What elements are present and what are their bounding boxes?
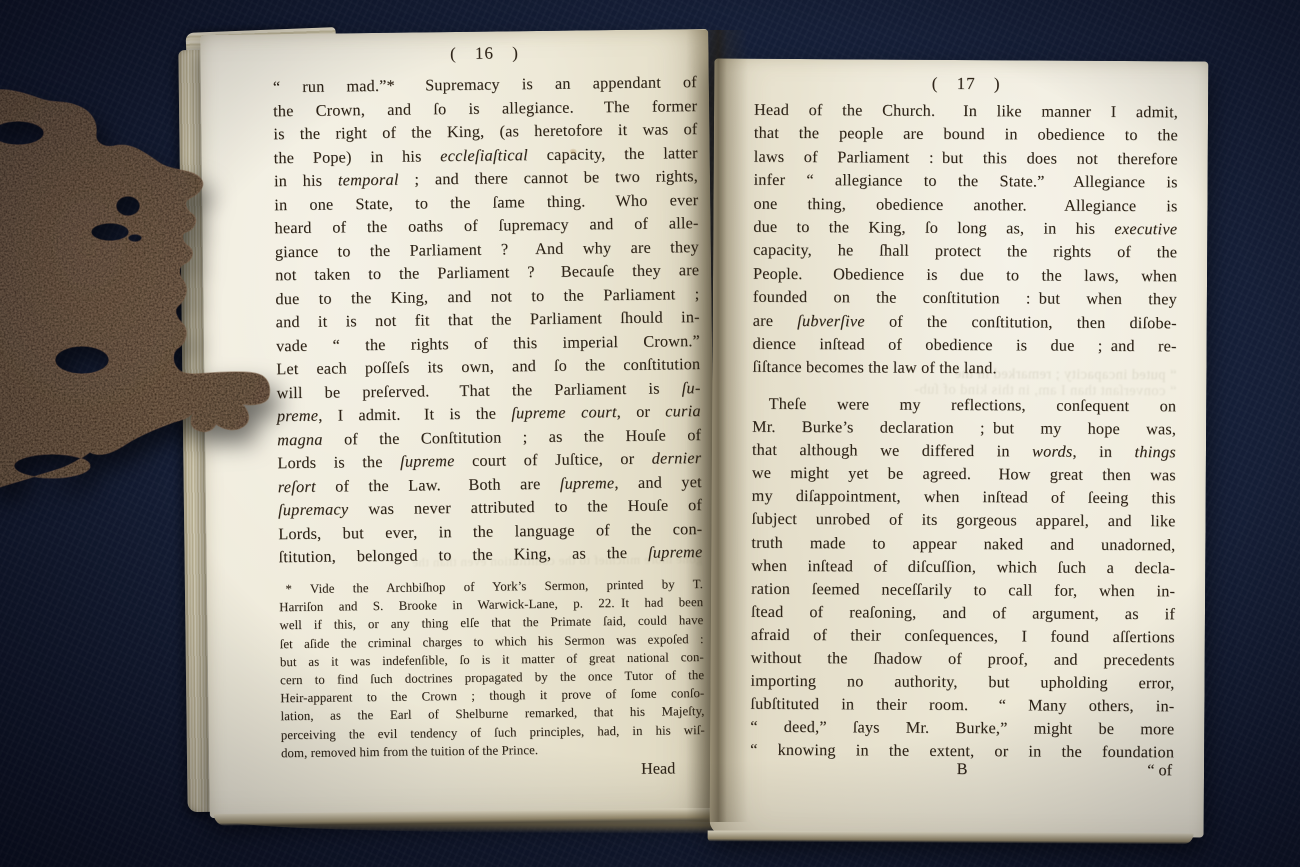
left-page-footnote: * Vide the Archbiſhop of York’s Sermon, …: [279, 575, 705, 762]
right-page-number: ( 17 ): [754, 73, 1178, 96]
text-line: one thing, obedience another. Allegiance…: [753, 192, 1177, 218]
signature-mark: B: [957, 760, 968, 779]
left-page-number: ( 16 ): [272, 41, 696, 66]
right-page-paragraph-2: Theſe were my reflections, conſequent on…: [750, 393, 1176, 765]
left-page-catchword: Head: [281, 759, 705, 783]
text-line: “ deed,” ſays Mr. Burke,” might be more: [750, 716, 1174, 742]
text-line: founded on the conſtitution : but when t…: [753, 286, 1177, 312]
text-line: People. Obedience is due to the laws, wh…: [753, 263, 1177, 289]
text-line: we might yet be agreed. How great then w…: [752, 462, 1176, 488]
text-line: Theſe were my reflections, conſequent on: [752, 393, 1176, 419]
text-line: laws of Parliament : but this does not t…: [754, 146, 1178, 172]
text-line: truth made to appear naked and unadorned…: [751, 531, 1175, 557]
right-page-catchword: “ of: [1147, 761, 1172, 780]
text-line: capacity, he ſhall protect the rights of…: [753, 239, 1177, 265]
text-line: ſiſtance becomes the law of the land.: [752, 356, 1176, 382]
text-line: ſtead of reaſoning, and of argument, as …: [751, 601, 1175, 627]
text-line: ſubject unrobed of its gorgeous apparel,…: [751, 508, 1175, 534]
text-line: Head of the Church. In like manner I adm…: [754, 99, 1178, 125]
text-line: afraid of their conſequences, I found aſ…: [751, 624, 1175, 650]
text-line: that the people are bound in obedience t…: [754, 122, 1178, 148]
text-line: infer “ allegiance to the State.” Allegi…: [754, 169, 1178, 195]
text-line: when inſtead of diſcuſſion, which ſuch a…: [751, 554, 1175, 580]
text-line: my diſappointment, when inſtead of ſeein…: [752, 485, 1176, 511]
text-line: that although we differed in words, in t…: [752, 439, 1176, 465]
text-line: ſtitution, belonged to the King, as the …: [278, 541, 702, 570]
right-page: ( 17 ) Head of the Church. In like manne…: [710, 58, 1209, 837]
left-page-body-text: “ run mad.”* Supremacy is an appendant o…: [273, 71, 703, 570]
text-line: ſubſtituted in their room. “ Many others…: [750, 693, 1174, 719]
text-line: importing no authority, but upholding er…: [750, 670, 1174, 696]
text-line: due to the King, ſo long as, in his exec…: [753, 216, 1177, 242]
text-line: without the ſhadow of proof, and precede…: [751, 647, 1175, 673]
text-line: are ſubverſive of the conſtitution, then…: [753, 309, 1177, 335]
photograph-of-open-book: { "scene": { "background_color": "#131a2…: [0, 0, 1300, 867]
text-line: Mr. Burke’s declaration ; but my hope wa…: [752, 416, 1176, 442]
right-page-paragraph-1: Head of the Church. In like manner I adm…: [752, 99, 1178, 382]
right-page-signature-row: B “ of: [750, 759, 1174, 786]
metal-bookmark-object: [0, 78, 278, 522]
text-line: ration ſeemed neceſſarily to call for, w…: [751, 577, 1175, 603]
text-line: dience inſtead of obedience is due ; and…: [753, 333, 1177, 359]
